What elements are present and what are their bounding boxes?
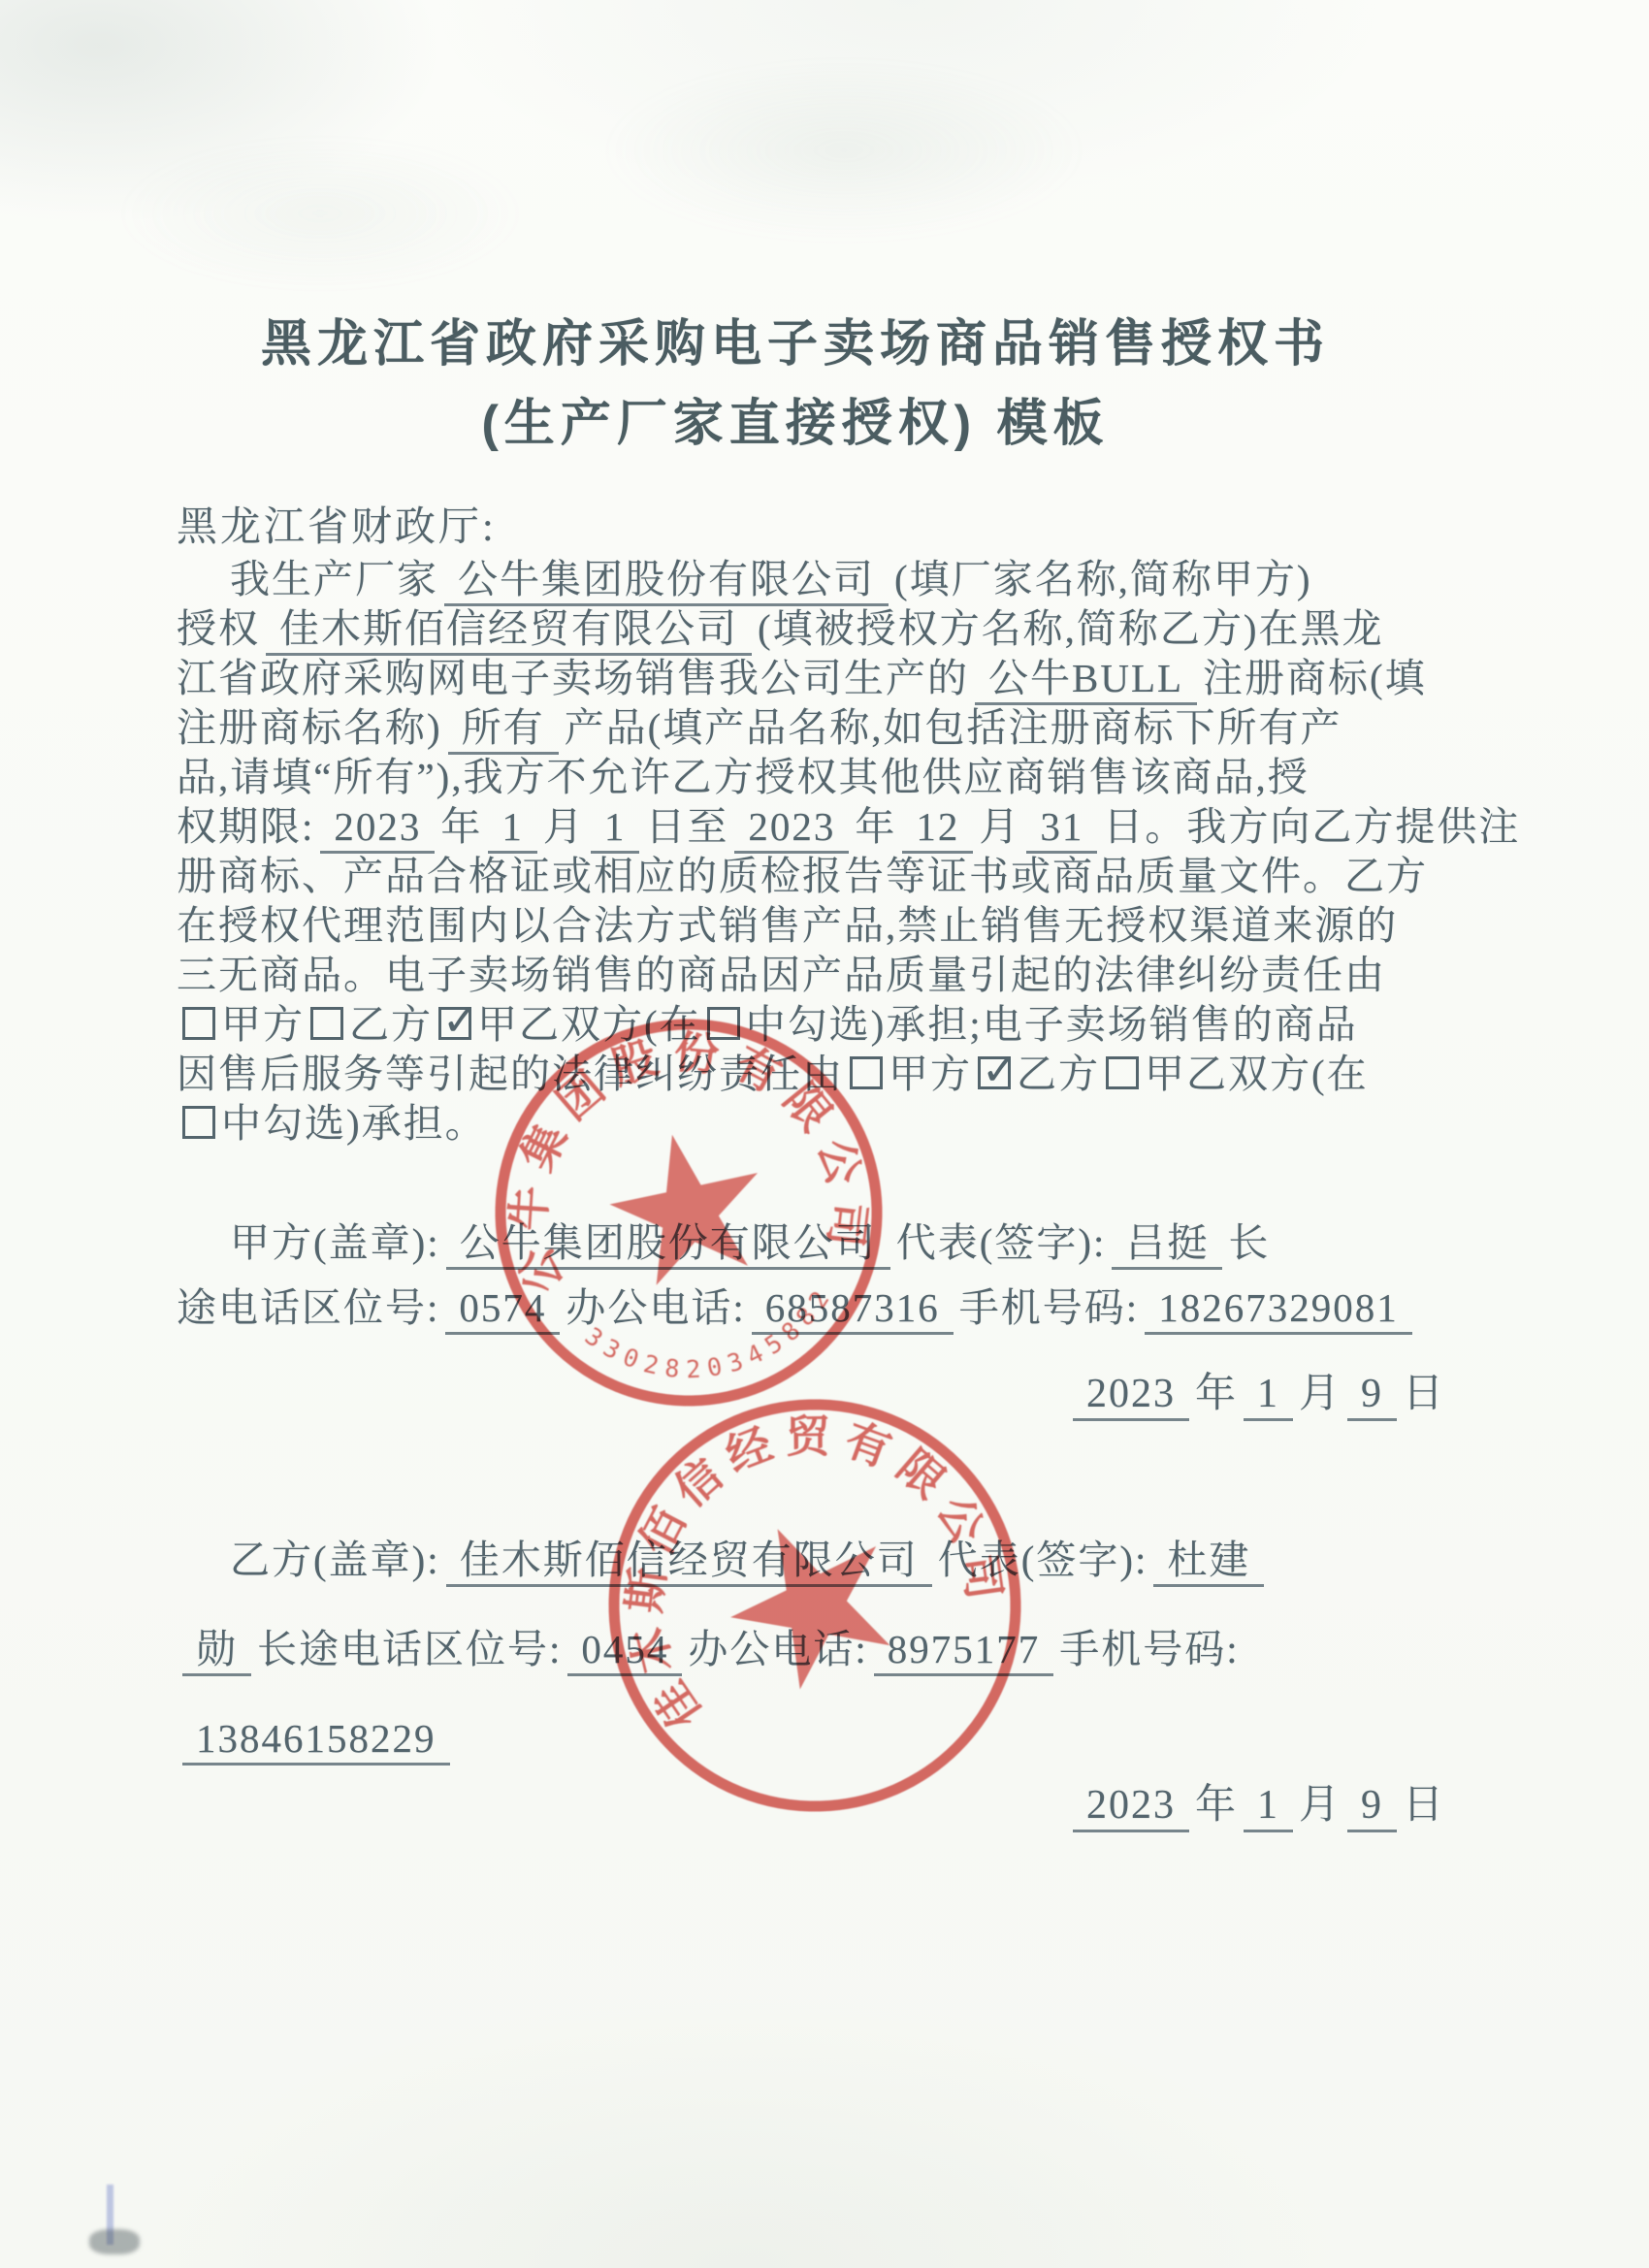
filled-field: 公牛BULL [975, 656, 1197, 705]
text-segment: 产品(填产品名称,如包括注册商标下所有产 [565, 705, 1342, 750]
text-segment: 长 [1228, 1220, 1270, 1265]
filled-field: 杜建 [1153, 1538, 1264, 1587]
text-segment: 册商标、产品合格证或相应的质检报告等证书或商品质量文件。乙方 [177, 854, 1428, 898]
text-segment: 江省政府采购网电子卖场销售我公司生产的 [177, 656, 969, 700]
body-line-3: 江省政府采购网电子卖场销售我公司生产的公牛BULL注册商标(填 [177, 654, 1520, 703]
body-line-2: 授权佳木斯佰信经贸有限公司(填被授权方名称,简称乙方)在黑龙 [177, 604, 1520, 654]
filled-field: 9 [1347, 1372, 1397, 1421]
checkbox-checked-icon [978, 1056, 1011, 1089]
filled-field: 2023 [1073, 1372, 1189, 1421]
filled-field: 9 [1347, 1783, 1397, 1832]
text-segment: 我生产厂家 [230, 557, 438, 601]
filled-field: 1 [591, 804, 640, 854]
scan-smudge [601, 58, 1086, 243]
text-segment: 甲乙双方(在 [1145, 1052, 1369, 1096]
text-segment: 月 [979, 804, 1020, 849]
body-line-5: 品,请填“所有”),我方不允许乙方授权其他供应商销售该商品,授 [177, 753, 1520, 802]
filled-field: 公牛集团股份有限公司 [444, 557, 889, 606]
doc-title: 黑龙江省政府采购电子卖场商品销售授权书 [0, 303, 1591, 375]
party-b-date: 2023年1月9日 [1067, 1781, 1445, 1831]
body-line-6: 权期限:2023年1月1日至2023年12月31日。我方向乙方提供注 [177, 802, 1520, 852]
filled-field: 31 [1026, 804, 1097, 854]
scan-mark [107, 2185, 113, 2245]
filled-field: 吕挺 [1112, 1220, 1222, 1270]
filled-field: 所有 [448, 705, 559, 755]
body-line-4: 注册商标名称)所有产品(填产品名称,如包括注册商标下所有产 [177, 703, 1520, 753]
text-segment: (填厂家名称,简称甲方) [894, 557, 1312, 601]
text-segment: 日 [1403, 1372, 1445, 1416]
filled-field: 佳木斯佰信经贸有限公司 [266, 606, 752, 656]
text-segment: 长途电话区位号: [257, 1627, 562, 1671]
body-line-1: 我生产厂家公牛集团股份有限公司(填厂家名称,简称甲方) [177, 555, 1520, 604]
checkbox-checked-icon [438, 1007, 471, 1040]
text-segment: 月 [1299, 1372, 1342, 1416]
text-segment: 品,请填“所有”),我方不允许乙方授权其他供应商销售该商品,授 [177, 755, 1309, 799]
scan-mark [89, 2229, 140, 2254]
text-segment: 代表(签字): [896, 1220, 1107, 1265]
text-segment: 日。我方向乙方提供注 [1103, 804, 1520, 849]
checkbox-unchecked-icon [310, 1007, 343, 1040]
filled-field: 13846158229 [182, 1716, 450, 1766]
text-segment: 日至 [645, 804, 728, 849]
text-segment: 手机号码: [959, 1285, 1139, 1330]
text-segment: 月 [1299, 1783, 1342, 1828]
filled-field: 2023 [1073, 1783, 1189, 1832]
text-segment: 年 [1195, 1783, 1238, 1828]
salutation: 黑龙江省财政厅: [177, 495, 497, 553]
text-segment: 月 [543, 804, 585, 849]
text-segment: 授权 [177, 606, 260, 651]
document-page: 黑龙江省政府采购电子卖场商品销售授权书 (生产厂家直接授权) 模板 黑龙江省财政… [0, 0, 1649, 2268]
checkbox-unchecked-icon [1106, 1056, 1139, 1089]
filled-field: 12 [902, 804, 973, 854]
seal-star-icon [705, 1494, 919, 1703]
filled-field: 2023 [320, 804, 435, 854]
seal-star-icon [598, 1119, 776, 1291]
text-segment: 在授权代理范围内以合法方式销售产品,禁止销售无授权渠道来源的 [177, 903, 1398, 948]
text-segment: 年 [855, 804, 896, 849]
text-segment: 途电话区位号: [177, 1285, 439, 1330]
text-segment: 甲方 [221, 1002, 305, 1047]
filled-field: 1 [488, 804, 537, 854]
checkbox-unchecked-icon [182, 1007, 215, 1040]
body-line-7: 册商标、产品合格证或相应的质检报告等证书或商品质量文件。乙方 [177, 852, 1520, 901]
filled-field: 18267329081 [1145, 1285, 1412, 1335]
scan-smudge [116, 136, 524, 291]
filled-field: 1 [1244, 1783, 1293, 1832]
filled-field: 2023 [734, 804, 849, 854]
doc-subtitle: (生产厂家直接授权) 模板 [0, 382, 1591, 455]
checkbox-unchecked-icon [182, 1106, 215, 1139]
text-segment: 甲方 [889, 1052, 972, 1096]
text-segment: 注册商标名称) [177, 705, 442, 750]
party-b-date: 2023年1月9日 [1067, 1781, 1445, 1831]
filled-field: 勋 [182, 1627, 251, 1676]
text-segment: 乙方(盖章): [230, 1538, 440, 1582]
party-a-date: 2023年1月9日 [1067, 1370, 1445, 1419]
filled-field: 1 [1244, 1372, 1293, 1421]
text-segment: 年 [1195, 1372, 1238, 1416]
body-line-8: 在授权代理范围内以合法方式销售产品,禁止销售无授权渠道来源的 [177, 901, 1520, 951]
text-segment: 日 [1403, 1783, 1445, 1828]
text-segment: (填被授权方名称,简称乙方)在黑龙 [758, 606, 1384, 651]
text-segment: 注册商标(填 [1203, 656, 1427, 700]
text-segment: 甲方(盖章): [230, 1220, 440, 1265]
text-segment: 权期限: [177, 804, 314, 849]
party-a-date: 2023年1月9日 [1067, 1370, 1445, 1419]
text-segment: 乙方 [349, 1002, 433, 1047]
text-segment: 年 [440, 804, 482, 849]
text-segment: 乙方 [1017, 1052, 1100, 1096]
